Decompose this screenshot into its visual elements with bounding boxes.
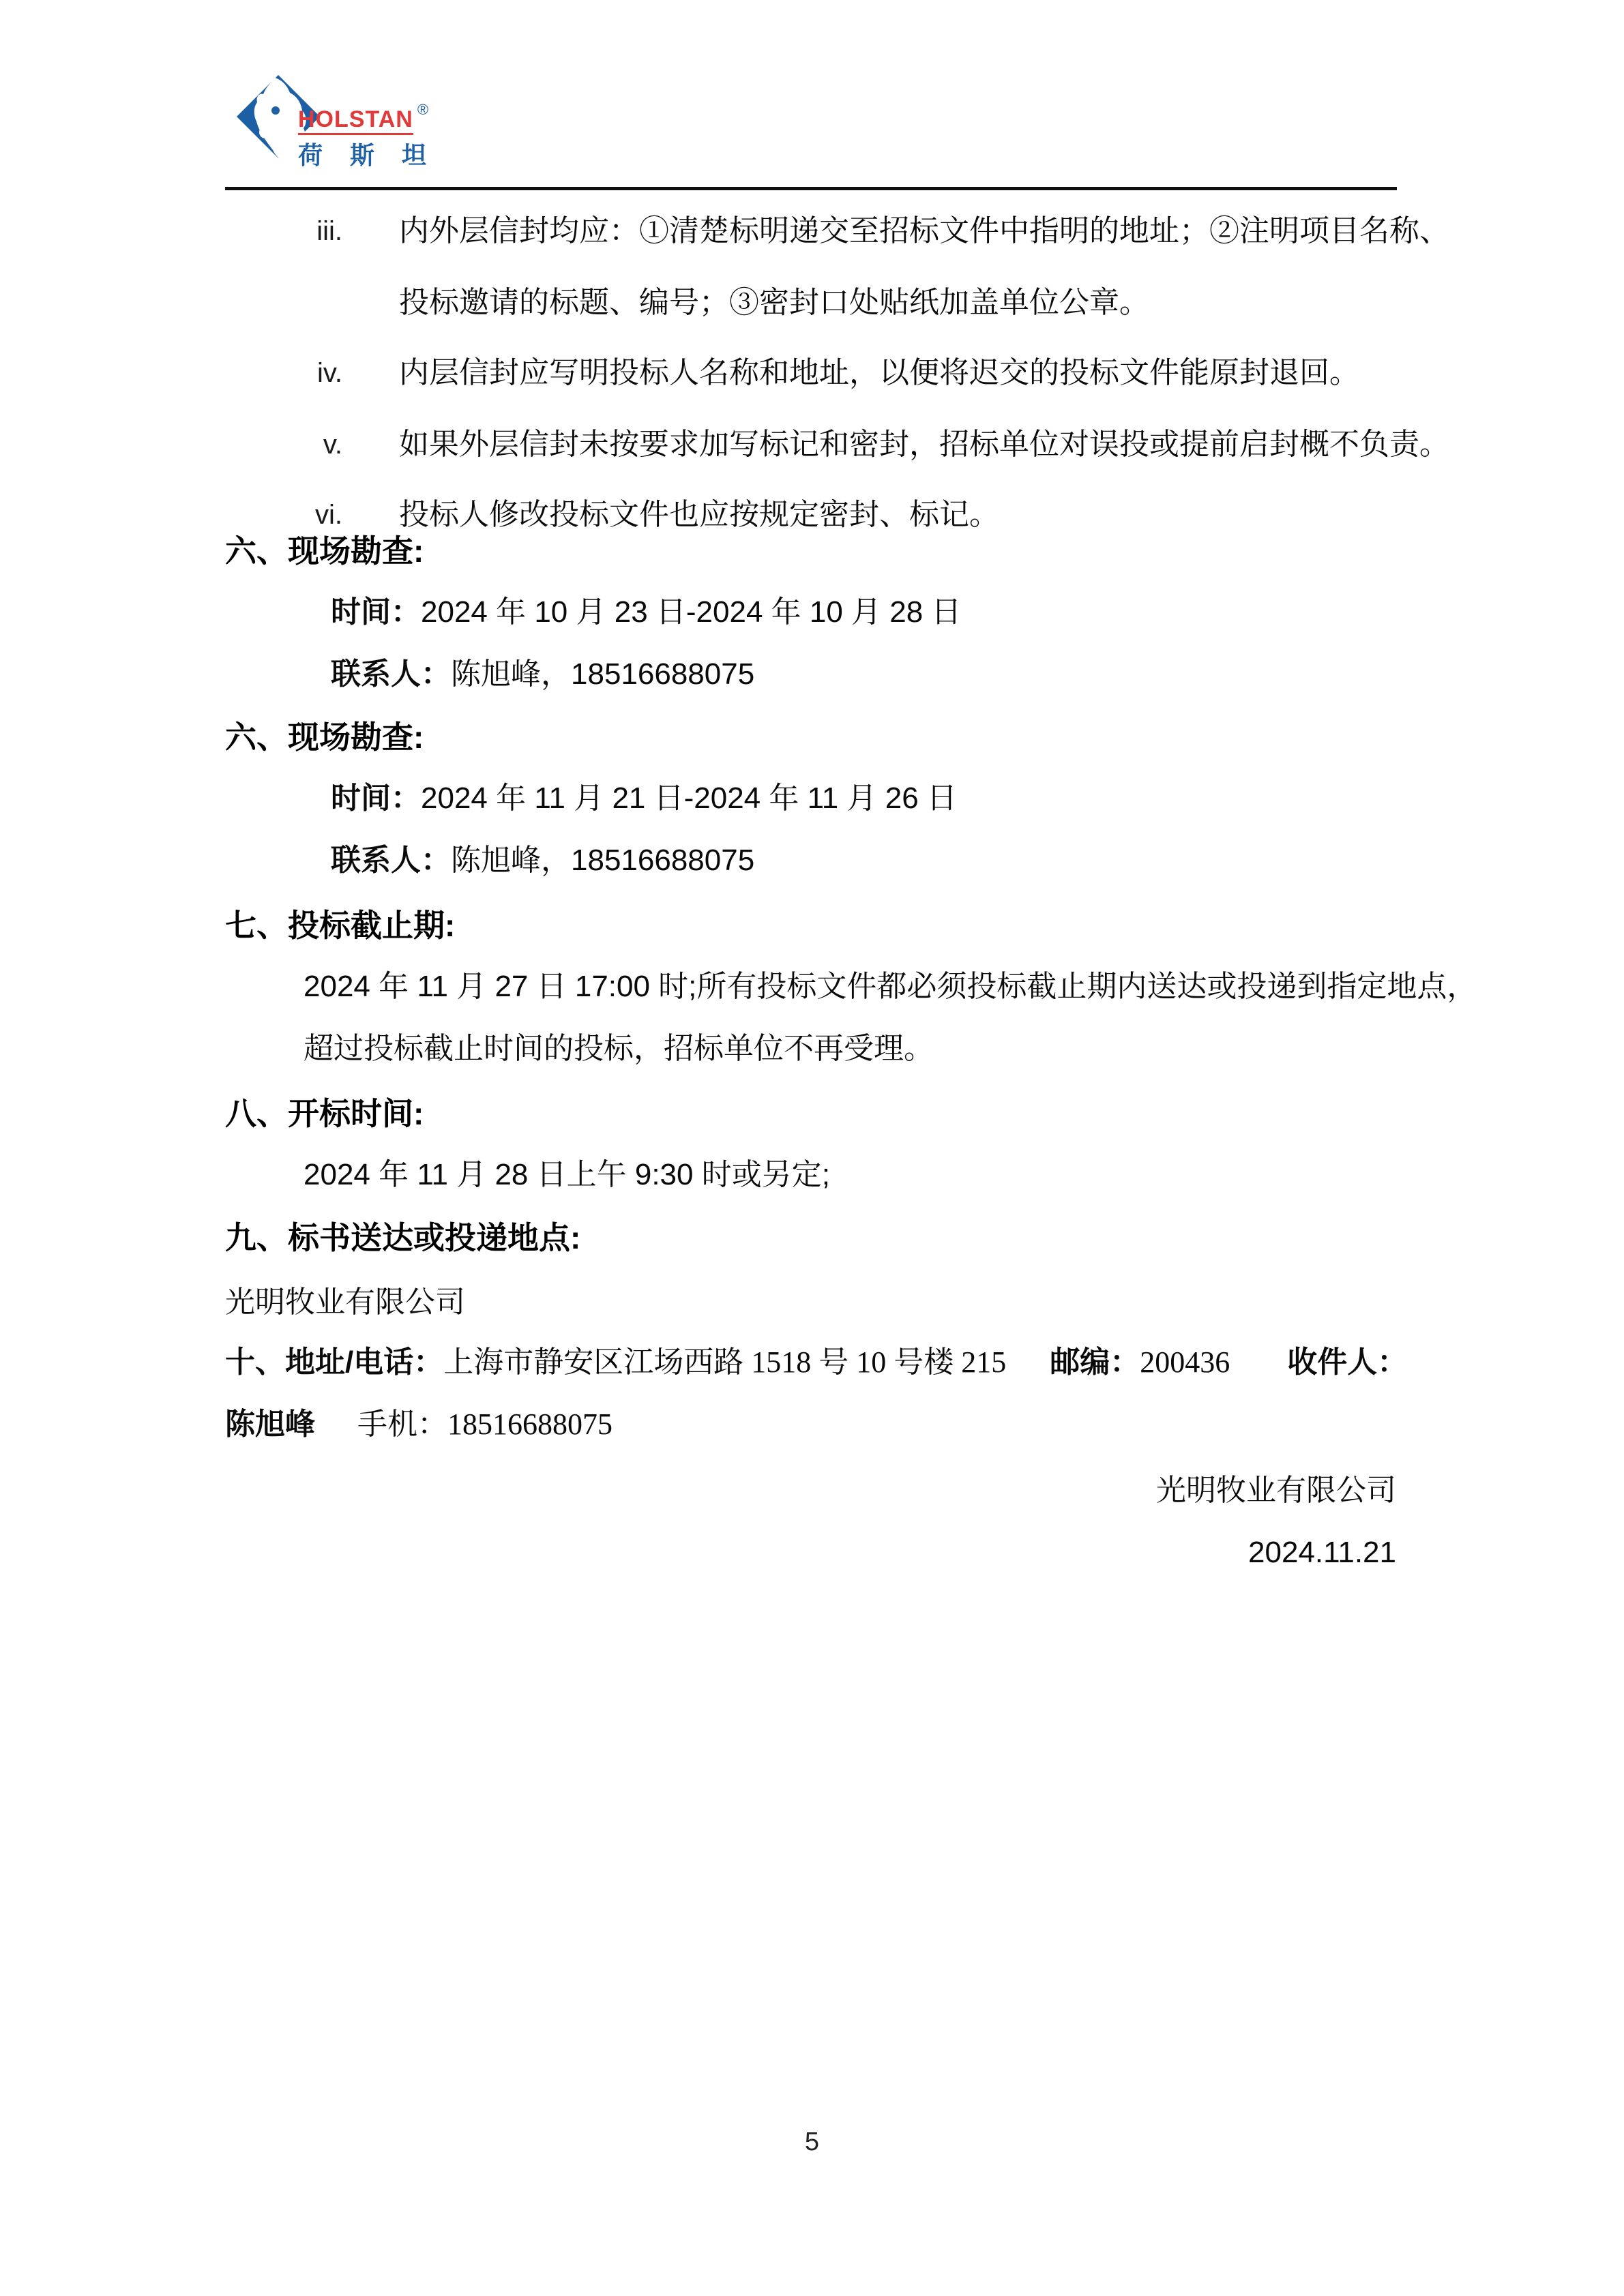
address-phone-label: 十、地址/电话： bbox=[225, 1345, 443, 1379]
survey2-time-line: 时间：2024 年 11 月 21 日-2024 年 11 月 26 日 bbox=[331, 781, 957, 816]
opening-time-line: 2024 年 11 月 28 日上午 9:30 时或另定; bbox=[304, 1157, 830, 1193]
deadline-paragraph-line2: 超过投标截止时间的投标，招标单位不再受理。 bbox=[304, 1031, 934, 1067]
list-item-v: 如果外层信封未按要求加写标记和密封，招标单位对误投或提前启封概不负责。 bbox=[399, 427, 1449, 462]
survey1-contact-line: 联系人：陈旭峰，18516688075 bbox=[331, 657, 754, 692]
section-heading-site-survey-2: 六、现场勘查: bbox=[225, 719, 424, 756]
signature-company: 光明牧业有限公司 bbox=[1156, 1473, 1396, 1508]
contact-label: 联系人： bbox=[331, 844, 451, 877]
registered-trademark-icon: ® bbox=[417, 101, 428, 118]
address-phone-line: 十、地址/电话：上海市静安区江场西路 1518 号 10 号楼 215邮编：20… bbox=[225, 1345, 1407, 1380]
survey2-contact-line: 联系人：陈旭峰，18516688075 bbox=[331, 843, 754, 878]
cow-eye-dot bbox=[271, 106, 280, 115]
list-item-iii-line2: 投标邀请的标题、编号；③密封口处贴纸加盖单位公章。 bbox=[399, 285, 1149, 320]
logo-chinese-name: 荷 斯 坦 bbox=[298, 136, 437, 171]
contact-label: 联系人： bbox=[331, 657, 451, 691]
list-item-vi: 投标人修改投标文件也应按规定密封、标记。 bbox=[399, 497, 999, 533]
contact-value: 陈旭峰，18516688075 bbox=[451, 844, 754, 877]
list-marker-vi: vi. bbox=[225, 497, 342, 533]
postcode-value: 200436 bbox=[1140, 1345, 1230, 1379]
survey1-time-line: 时间：2024 年 10 月 23 日-2024 年 10 月 28 日 bbox=[331, 595, 961, 630]
list-marker-iii: iii. bbox=[225, 213, 342, 249]
address-value: 上海市静安区江场西路 1518 号 10 号楼 215 bbox=[443, 1345, 1006, 1379]
logo-brand-text: HOLSTAN bbox=[298, 106, 413, 135]
header-divider-line bbox=[225, 187, 1397, 190]
section-heading-site-survey-1: 六、现场勘查: bbox=[225, 533, 424, 569]
recipient-name: 陈旭峰 bbox=[225, 1407, 315, 1441]
section-heading-bid-deadline: 七、投标截止期: bbox=[225, 907, 455, 944]
logo-brand-row: HOLSTAN® bbox=[298, 106, 428, 133]
list-marker-v: v. bbox=[225, 427, 342, 462]
time-value: 2024 年 11 月 21 日-2024 年 11 月 26 日 bbox=[421, 781, 957, 815]
page-number: 5 bbox=[805, 2128, 819, 2157]
recipient-label: 收件人： bbox=[1287, 1345, 1407, 1379]
postcode-label: 邮编： bbox=[1050, 1345, 1140, 1379]
mobile-label: 手机： bbox=[357, 1407, 447, 1441]
contact-value: 陈旭峰，18516688075 bbox=[451, 657, 754, 691]
list-item-iii-line1: 内外层信封均应：①清楚标明递交至招标文件中指明的地址；②注明项目名称、 bbox=[399, 213, 1449, 249]
cow-muzzle-spot bbox=[259, 126, 271, 138]
time-value: 2024 年 10 月 23 日-2024 年 10 月 28 日 bbox=[421, 595, 961, 629]
time-label: 时间： bbox=[331, 595, 421, 629]
section-heading-delivery-location: 九、标书送达或投递地点: bbox=[225, 1219, 580, 1256]
recipient-phone-line: 陈旭峰手机：18516688075 bbox=[225, 1407, 612, 1442]
list-marker-iv: iv. bbox=[225, 355, 342, 391]
mobile-value: 18516688075 bbox=[447, 1407, 612, 1441]
company-logo: HOLSTAN® 荷 斯 坦 bbox=[234, 71, 391, 166]
document-page: HOLSTAN® 荷 斯 坦 iii. 内外层信封均应：①清楚标明递交至招标文件… bbox=[0, 0, 1624, 2296]
signature-date: 2024.11.21 bbox=[1248, 1535, 1396, 1570]
time-label: 时间： bbox=[331, 781, 421, 815]
list-item-iv: 内层信封应写明投标人名称和地址，以便将迟交的投标文件能原封退回。 bbox=[399, 355, 1359, 391]
delivery-company-name: 光明牧业有限公司 bbox=[225, 1285, 465, 1320]
section-heading-bid-opening: 八、开标时间: bbox=[225, 1095, 424, 1132]
deadline-paragraph-line1: 2024 年 11 月 27 日 17:00 时;所有投标文件都必须投标截止期内… bbox=[304, 969, 1477, 1004]
